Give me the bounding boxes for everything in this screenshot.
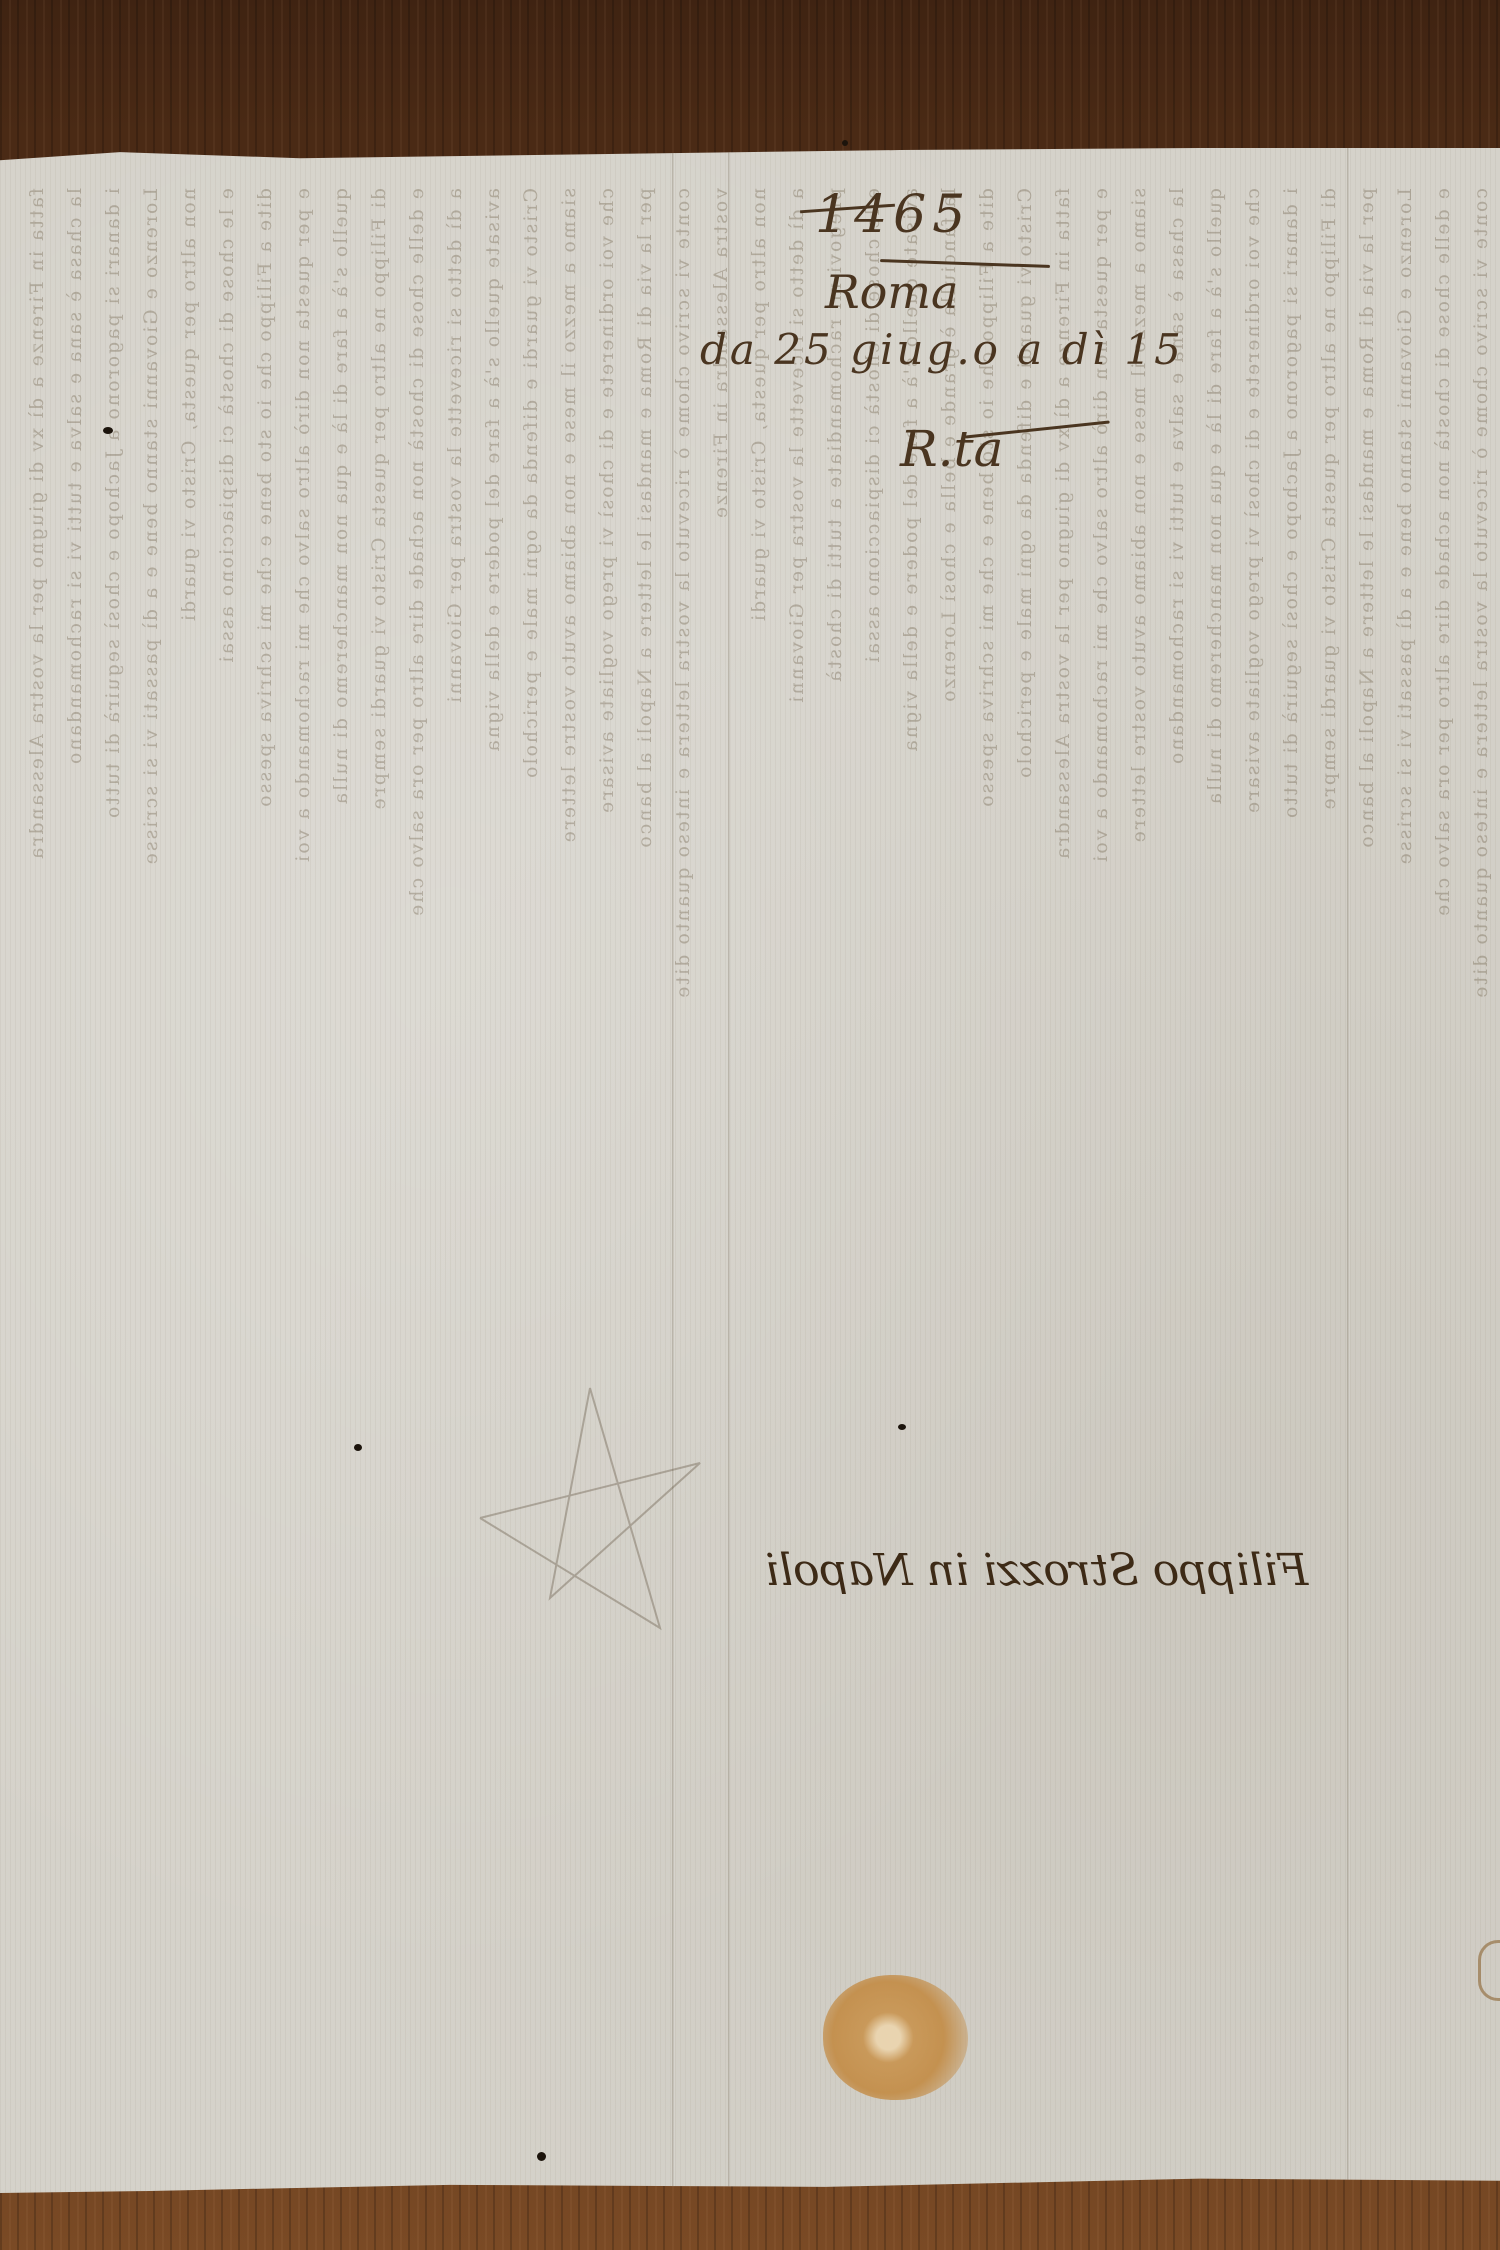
showthrough-line: e per questa non dirò altro salvo che mi…: [284, 188, 322, 2133]
manuscript-page: conte vi scrivo chome ò ricevuto la vost…: [0, 148, 1500, 2193]
showthrough-line: Cristo vi guardi e difenda da ogni male …: [1006, 188, 1044, 2133]
ink-dot: [103, 427, 113, 434]
fold-line: [728, 148, 731, 2193]
showthrough-line: la chasa è sana e salva e tutti vi si ra…: [1158, 188, 1196, 2133]
showthrough-line: di Filippo ne altro per questa Cristo vi…: [1310, 188, 1348, 2133]
showthrough-line: Cristo vi guardi e difenda da ogni male …: [512, 188, 550, 2133]
docket-date: da 25 giug.o a dì 15: [700, 325, 1184, 374]
wax-seal-stain: [823, 1975, 968, 2100]
showthrough-line: i danari si pagorono a Jachopo e chosì s…: [94, 188, 132, 2133]
docket-place: Roma: [825, 265, 958, 319]
showthrough-line: avisate quello s'à a fare del podere e d…: [892, 188, 930, 2133]
showthrough-line: di Filippo ne altro per questa Cristo vi…: [360, 188, 398, 2133]
showthrough-line: e delle chose di chostà non achade dire …: [1424, 188, 1462, 2133]
showthrough-line: non altro per questa, Cristo vi guardi: [740, 188, 778, 2133]
showthrough-line: Lorenzo e Giovanni stanno bene e a dì pa…: [1386, 188, 1424, 2133]
showthrough-line: quello s'à a fare di là e qua non manche…: [322, 188, 360, 2133]
showthrough-line: a dì detto si ricevette la vostra per Gi…: [436, 188, 474, 2133]
showthrough-line: per la via di Roma e mandasi le lettere …: [626, 188, 664, 2133]
showthrough-line: vostra Alessandra in Firenze: [702, 188, 740, 2133]
showthrough-line: la fanciulla è grande e bella e chosì Lo…: [930, 188, 968, 2133]
showthrough-line: avisate quello s'à a fare del podere e d…: [474, 188, 512, 2133]
showthrough-line: la chasa è sana e salva e tutti vi si ra…: [56, 188, 94, 2133]
star-sketch-icon: [440, 1368, 740, 1668]
fold-line: [1347, 148, 1350, 2193]
showthrough-line: dite a Filippo che io sto bene e che mi …: [246, 188, 284, 2133]
mirrored-signature: Filippo Strozzi in Napoli: [765, 1545, 1308, 1596]
showthrough-line: dite a Filippo che io sto bene e che mi …: [968, 188, 1006, 2133]
ink-dot: [898, 1424, 906, 1430]
showthrough-line: siamo a mezzo il mese e non abiamo avuto…: [1120, 188, 1158, 2133]
showthrough-line: e le chose di chostà ci dispiacciono ass…: [854, 188, 892, 2133]
showthrough-line: i danari si pagorono a Jachopo e chosì s…: [1272, 188, 1310, 2133]
showthrough-line: e delle chose di chostà non achade dire …: [398, 188, 436, 2133]
showthrough-line: a dì detto si ricevette la vostra per Gi…: [778, 188, 816, 2133]
showthrough-line: che voi ordinerete e di chosì vi prego v…: [588, 188, 626, 2133]
showthrough-line: fatta in Firenze a dì xv di giugno per l…: [1044, 188, 1082, 2133]
edge-ink-mark: [1478, 1940, 1500, 2001]
showthrough-text-block: conte vi scrivo chome ò ricevuto la vost…: [0, 188, 1500, 2133]
showthrough-line: siamo a mezzo il mese e non abiamo avuto…: [550, 188, 588, 2133]
showthrough-line: Lorenzo e Giovanni stanno bene e a dì pa…: [132, 188, 170, 2133]
ink-dot: [842, 140, 848, 146]
showthrough-line: per la via di Roma e mandasi le lettere …: [1348, 188, 1386, 2133]
showthrough-line: conte vi scrivo chome ò ricevuto la vost…: [1462, 188, 1500, 2133]
showthrough-line: non altro per questa, Cristo vi guardi: [170, 188, 208, 2133]
showthrough-line: conte vi scrivo chome ò ricevuto la vost…: [664, 188, 702, 2133]
fold-line: [672, 148, 675, 2193]
ink-dot: [354, 1444, 362, 1451]
showthrough-line: pregovi mi rachomandiate a tutti di chos…: [816, 188, 854, 2133]
showthrough-line: e per questa non dirò altro salvo che mi…: [1082, 188, 1120, 2133]
showthrough-line: e le chose di chostà ci dispiacciono ass…: [208, 188, 246, 2133]
docket-year: 1465: [815, 185, 971, 245]
ink-dot: [537, 2152, 546, 2161]
showthrough-line: che voi ordinerete e di chosì vi prego v…: [1234, 188, 1272, 2133]
docket-reply-mark: R.ta: [900, 420, 1003, 478]
showthrough-line: quello s'à a fare di là e qua non manche…: [1196, 188, 1234, 2133]
showthrough-line: fatta in Firenze a dì xv di giugno per l…: [18, 188, 56, 2133]
